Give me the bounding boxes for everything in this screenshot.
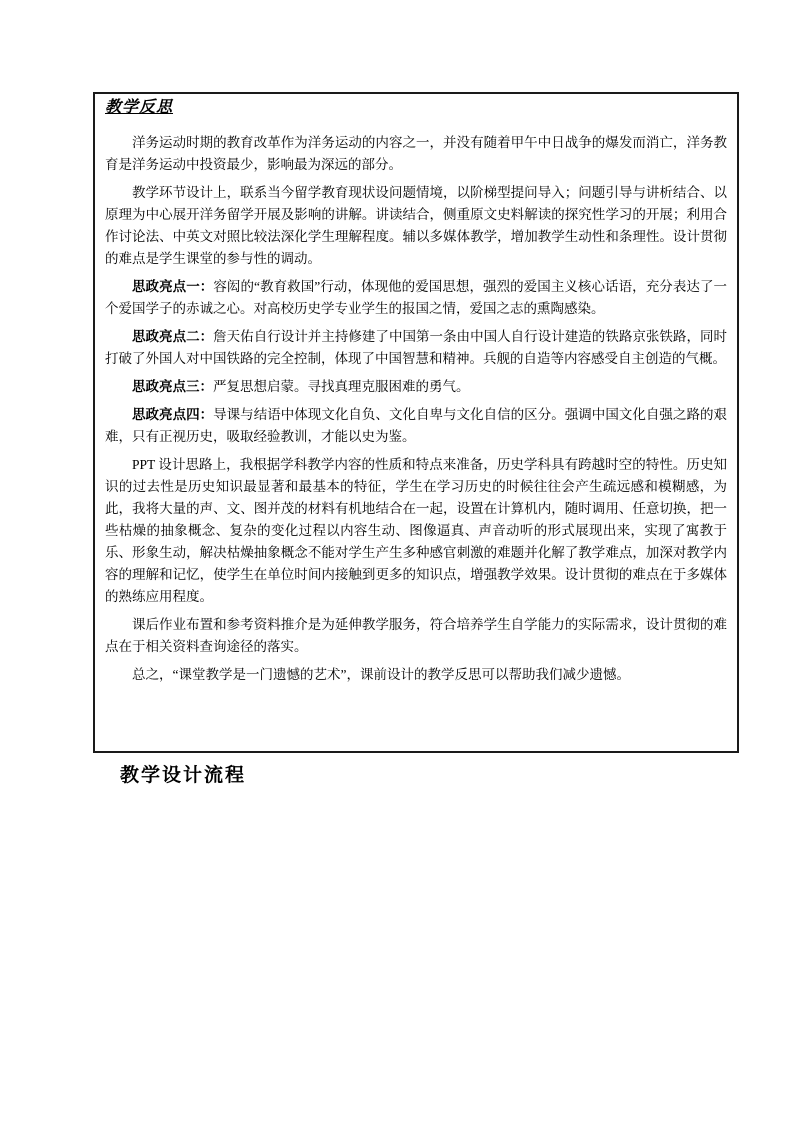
document-page: 教学反思 洋务运动时期的教育改革作为洋务运动的内容之一，并没有随着甲午中日战争的… [0,0,794,1123]
reflection-paragraph: PPT 设计思路上，我根据学科教学内容的性质和特点来准备，历史学科具有跨越时空的… [105,454,727,608]
reflection-paragraphs: 洋务运动时期的教育改革作为洋务运动的内容之一，并没有随着甲午中日战争的爆发而消亡… [105,132,727,686]
reflection-section: 教学反思 洋务运动时期的教育改革作为洋务运动的内容之一，并没有随着甲午中日战争的… [93,92,739,753]
reflection-paragraph: 总之，“课堂教学是一门遗憾的艺术”，课前设计的教学反思可以帮助我们减少遗憾。 [105,664,727,686]
paragraph-lead-label: 思政亮点一： [132,279,213,294]
reflection-paragraph: 思政亮点二：詹天佑自行设计并主持修建了中国第一条由中国人自行设计建造的铁路京张铁… [105,326,727,370]
reflection-paragraph: 思政亮点三：严复思想启蒙。寻找真理克服困难的勇气。 [105,376,727,398]
paragraph-lead-label: 思政亮点四： [132,407,213,422]
paragraph-lead-label: 思政亮点二： [132,329,213,344]
reflection-section-title: 教学反思 [105,98,173,118]
reflection-paragraph: 教学环节设计上，联系当今留学教育现状设问题情境，以阶梯型提问导入；问题引导与讲析… [105,182,727,270]
reflection-paragraph: 洋务运动时期的教育改革作为洋务运动的内容之一，并没有随着甲午中日战争的爆发而消亡… [105,132,727,176]
reflection-paragraph: 课后作业布置和参考资料推介是为延伸教学服务，符合培养学生自学能力的实际需求，设计… [105,614,727,658]
reflection-paragraph: 思政亮点四：导课与结语中体现文化自负、文化自卑与文化自信的区分。强调中国文化自强… [105,404,727,448]
reflection-paragraph: 思政亮点一：容闳的“教育救国”行动，体现他的爱国思想，强烈的爱国主义核心话语，充… [105,276,727,320]
paragraph-lead-label: 思政亮点三： [132,379,213,394]
design-flow-heading: 教学设计流程 [120,762,246,790]
